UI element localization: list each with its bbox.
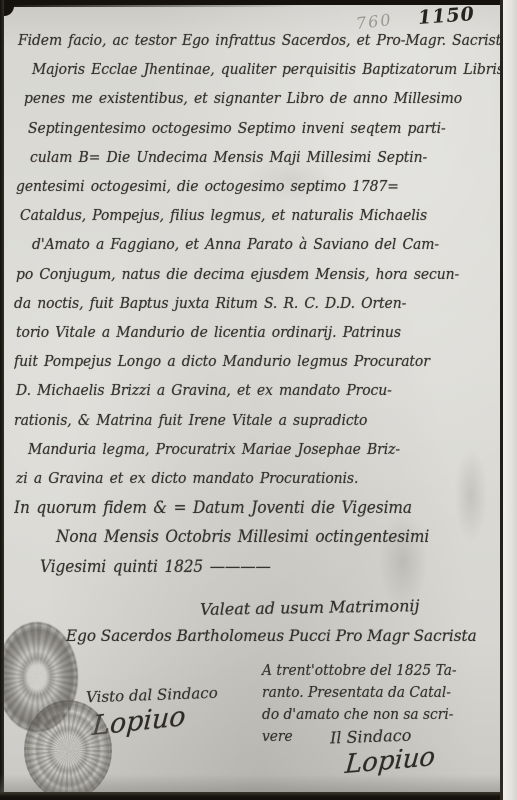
manuscript-line: penes me existentibus, et signanter Libr… [24, 84, 469, 113]
manuscript-line: d'Amato a Faggiano, et Anna Parato à Sav… [32, 230, 470, 259]
visto-dal-sindaco-note: Visto dal Sindaco [86, 684, 218, 707]
manuscript-line: rationis, & Matrina fuit Irene Vitale a … [14, 406, 469, 435]
manuscript-line: po Conjugum, natus die decima ejusdem Me… [16, 260, 469, 289]
sindaco-signature-left: Lopiuo [91, 701, 186, 742]
manuscript-line: fuit Pompejus Longo a dicto Mandurio leg… [14, 347, 469, 376]
manuscript-line: zi a Gravina et ex dicto mandato Procura… [16, 464, 469, 493]
scan-margin-right [503, 0, 517, 800]
page-scan: 760 1150 Fidem facio, ac testor Ego infr… [0, 0, 517, 800]
manuscript-line: D. Michaelis Brizzi a Gravina, et ex man… [16, 376, 469, 405]
manuscript-line: Vigesimi quinti 1825 ———— [40, 552, 471, 581]
manuscript-line: culam B= Die Undecima Mensis Maji Milles… [30, 143, 470, 172]
scan-edge-top-shadow [0, 4, 300, 7]
scan-edge-left [0, 0, 4, 800]
manuscript-line: In quorum fidem & = Datum Joventi die Vi… [14, 493, 469, 522]
priest-signature-line: Ego Sacerdos Bartholomeus Pucci Pro Magr… [66, 626, 477, 645]
manuscript-line: gentesimi octogesimi, die octogesimo sep… [16, 172, 469, 201]
presentation-note-line: ranto. Presentata da Catal- [262, 682, 500, 704]
manuscript-line: Nona Mensis Octobris Millesimi octingent… [56, 522, 472, 551]
manuscript-line: Majoris Ecclae Jhentinae, qualiter perqu… [32, 55, 470, 84]
presentation-note-line: do d'amato che non sa scri- [262, 704, 500, 726]
manuscript-text: Fidem facio, ac testor Ego infrattus Sac… [14, 26, 503, 581]
manuscript-line: torio Vitale a Mandurio de licentia ordi… [16, 318, 469, 347]
manuscript-line: da noctis, fuit Baptus juxta Ritum S. R.… [14, 289, 469, 318]
manuscript-line: Cataldus, Pompejus, filius legmus, et na… [20, 201, 469, 230]
manuscript-line: Fidem facio, ac testor Ego infrattus Sac… [18, 26, 469, 55]
presentation-note-line: A trent'ottobre del 1825 Ta- [262, 660, 500, 682]
scan-edge-bottom [0, 792, 517, 800]
manuscript-line: Septingentesimo octogesimo Septimo inven… [28, 114, 470, 143]
manuscript-line: Manduria legma, Procuratrix Mariae Josep… [28, 435, 470, 464]
valeat-note: Valeat ad usum Matrimonij [200, 596, 420, 619]
page-curve-shadow [0, 774, 517, 792]
